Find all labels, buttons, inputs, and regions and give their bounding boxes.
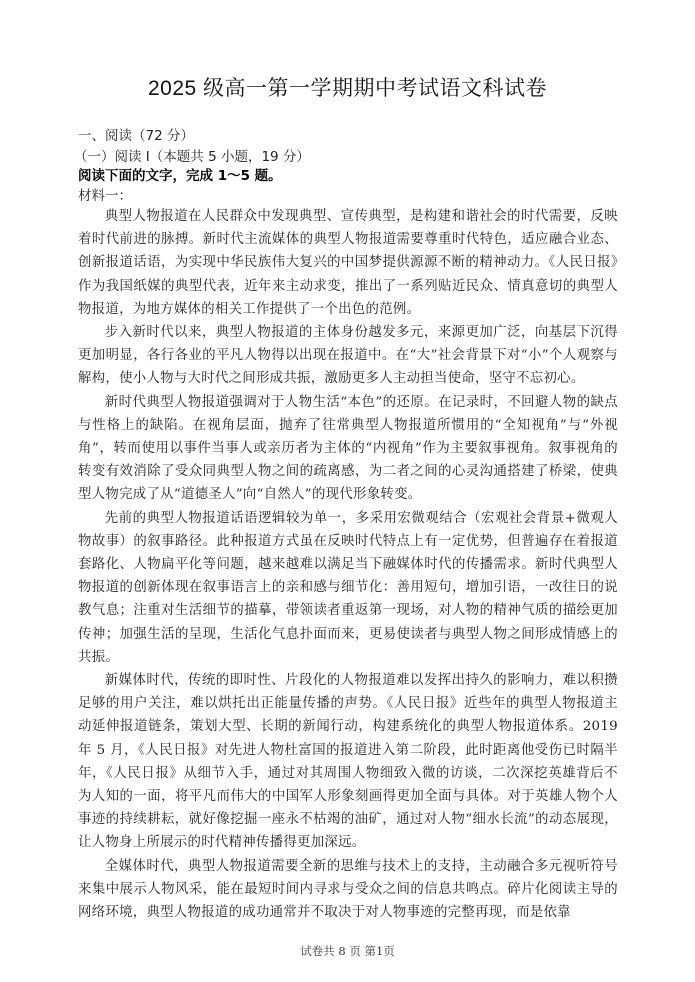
exam-title: 2025 级高一第一学期期中考试语文科试卷	[0, 72, 695, 102]
paragraph: 新媒体时代，传统的即时性、片段化的人物报道难以发挥出持久的影响力，难以积攒足够的…	[78, 669, 618, 855]
page-footer: 试卷共 8 页 第1页	[0, 943, 695, 959]
subsection-heading: （一）阅读 Ⅰ（本题共 5 小题，19 分）	[74, 145, 310, 165]
reading-instruction: 阅读下面的文字，完成 1～5 题。	[78, 164, 282, 184]
passage-body: 典型人物报道在人民群众中发现典型、宣传典型，是构建和谐社会的时代需要，反映着时代…	[78, 205, 618, 924]
paragraph: 先前的典型人物报道话语逻辑较为单一，多采用宏微观结合（宏观社会背景+微观人物故事…	[78, 507, 618, 669]
material-label: 材料一：	[78, 184, 132, 204]
exam-page: 2025 级高一第一学期期中考试语文科试卷 一、阅读（72 分） （一）阅读 Ⅰ…	[0, 0, 695, 982]
paragraph: 步入新时代以来，典型人物报道的主体身份越发多元，来源更加广泛，向基层下沉得更加明…	[78, 321, 618, 391]
section-heading: 一、阅读（72 分）	[78, 124, 194, 144]
paragraph: 典型人物报道在人民群众中发现典型、宣传典型，是构建和谐社会的时代需要，反映着时代…	[78, 205, 618, 321]
paragraph: 全媒体时代，典型人物报道需要全新的思维与技术上的支持，主动融合多元视听符号来集中…	[78, 855, 618, 925]
paragraph: 新时代典型人物报道强调对于人物生活“本色”的还原。在记录时，不回避人物的缺点与性…	[78, 391, 618, 507]
